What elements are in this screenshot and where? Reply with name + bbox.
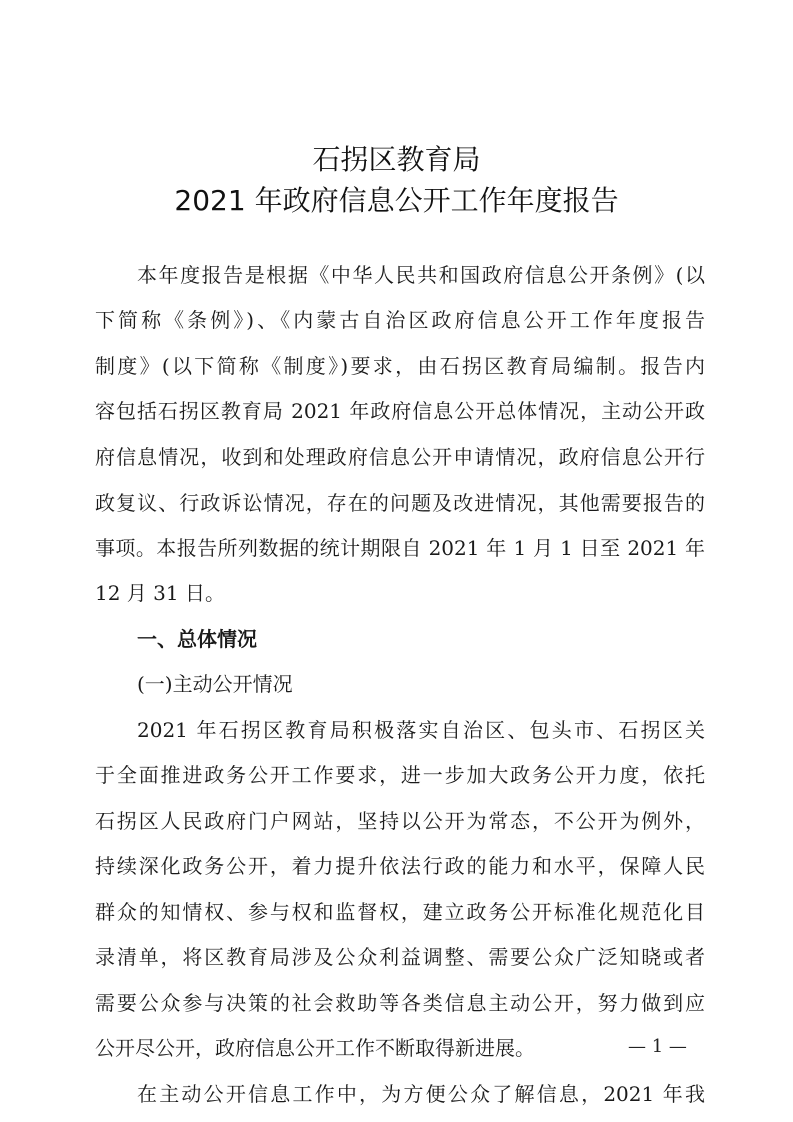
paragraph-line: 在主动公开信息工作中，为方便公众了解信息，2021 年我 (137, 1081, 705, 1107)
paragraph-line: 需要公众参与决策的社会救助等各类信息主动公开，努力做到应 (95, 990, 705, 1016)
paragraph-line: 本年度报告是根据《中华人民共和国政府信息公开条例》(以 (137, 262, 705, 288)
paragraph-line: 群众的知情权、参与权和监督权，建立政务公开标准化规范化目 (95, 899, 705, 925)
paragraph-line: 事项。本报告所列数据的统计期限自 2021 年 1 月 1 日至 2021 年 (95, 535, 705, 561)
paragraph-line: 下简称《条例》)、《内蒙古自治区政府信息公开工作年度报告 (95, 307, 705, 333)
section-heading: 一、总体情况 (137, 626, 705, 652)
paragraph-line: 容包括石拐区教育局 2021 年政府信息公开总体情况，主动公开政 (95, 398, 705, 424)
paragraph-line: 石拐区人民政府门户网站，坚持以公开为常态，不公开为例外， (95, 808, 705, 834)
document-title-line-2: 2021 年政府信息公开工作年度报告 (0, 179, 793, 219)
paragraph-line: 持续深化政务公开，着力提升依法行政的能力和水平，保障人民 (95, 853, 705, 879)
paragraph-line: 2021 年石拐区教育局积极落实自治区、包头市、石拐区关 (137, 717, 705, 743)
subsection-heading: (一)主动公开情况 (137, 671, 705, 697)
paragraph-line: 12 月 31 日。 (95, 580, 705, 606)
paragraph-line: 制度》(以下简称《制度》)要求，由石拐区教育局编制。报告内 (95, 353, 705, 379)
paragraph-line: 录清单，将区教育局涉及公众利益调整、需要公众广泛知晓或者 (95, 944, 705, 970)
document-page: 石拐区教育局 2021 年政府信息公开工作年度报告 本年度报告是根据《中华人民共… (0, 0, 793, 1122)
page-number: — 1 — (628, 1036, 687, 1057)
paragraph-line: 府信息情况，收到和处理政府信息公开申请情况，政府信息公开行 (95, 444, 705, 470)
paragraph-line: 政复议、行政诉讼情况，存在的问题及改进情况，其他需要报告的 (95, 490, 705, 516)
paragraph-line: 于全面推进政务公开工作要求，进一步加大政务公开力度，依托 (95, 762, 705, 788)
paragraph-line: 公开尽公开，政府信息公开工作不断取得新进展。 (95, 1035, 705, 1061)
document-title-line-1: 石拐区教育局 (0, 138, 793, 178)
